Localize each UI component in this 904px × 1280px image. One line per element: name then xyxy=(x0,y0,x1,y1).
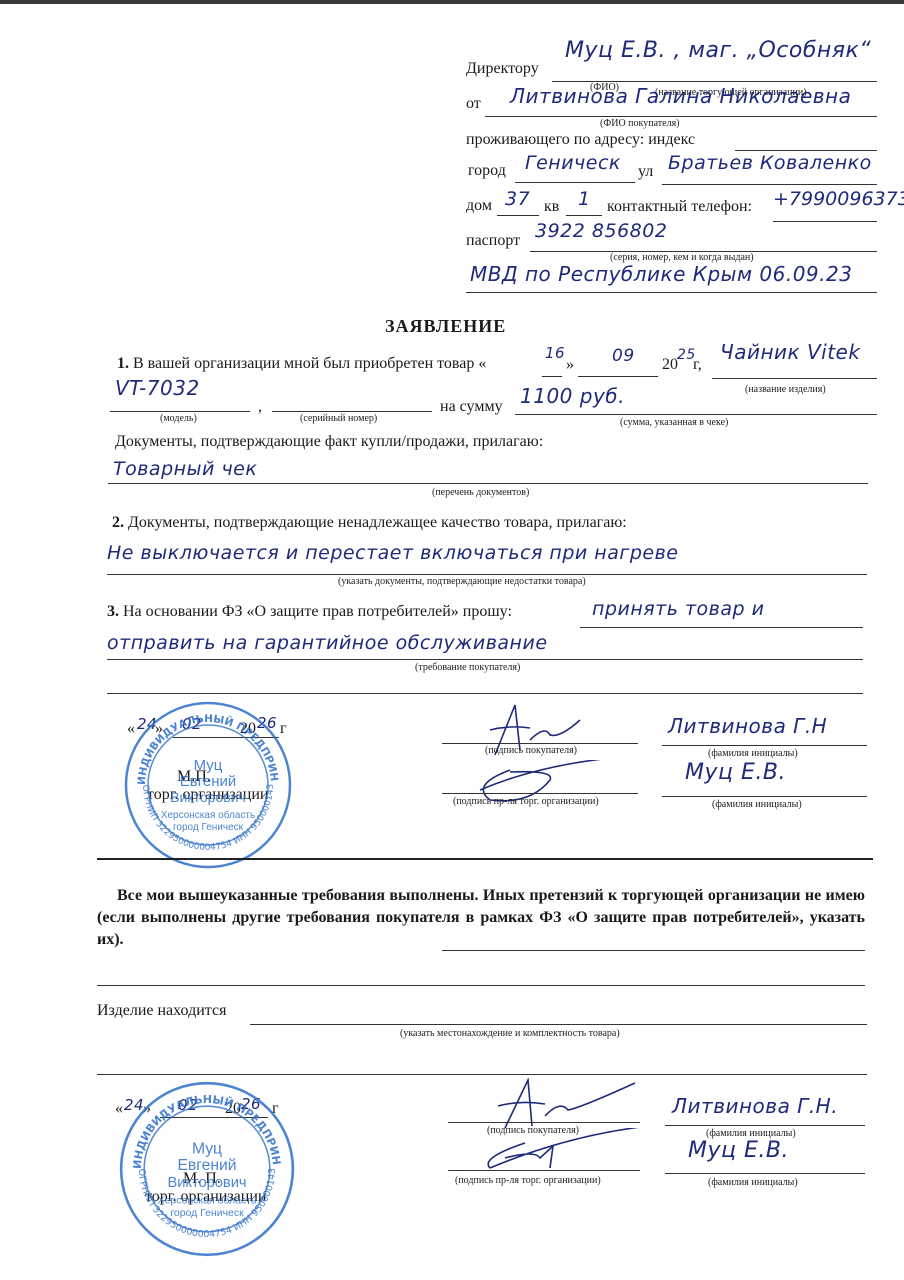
stamp-line5-2: город Геническ xyxy=(170,1208,244,1219)
completion-text: Все мои вышеуказанные требования выполне… xyxy=(97,885,865,951)
item3-number: 3. xyxy=(107,603,119,620)
docs-caption: (перечень документов) xyxy=(432,487,529,498)
seller-name-caption-1: (фамилия инициалы) xyxy=(712,799,802,810)
product-name: Чайник Vitek xyxy=(720,340,860,364)
stamp-line4-1: Херсонская область xyxy=(161,809,255,821)
passport-value: 3922 856802 xyxy=(535,220,667,242)
city-value: Геническ xyxy=(525,152,621,174)
city-label: город xyxy=(468,162,506,180)
product-caption: (название изделия) xyxy=(745,384,826,395)
docs-label: Документы, подтверждающие факт купли/про… xyxy=(115,433,543,451)
phone-value: +79900963735 xyxy=(773,188,904,210)
from-caption: (ФИО покупателя) xyxy=(600,118,680,129)
sum-value: 1100 руб. xyxy=(520,384,625,408)
location-caption: (указать местонахождение и комплектность… xyxy=(400,1028,620,1039)
stamp-line3-1: Викторович xyxy=(170,789,246,805)
stamp-line5-1: город Геническ xyxy=(173,822,244,833)
docs-value: Товарный чек xyxy=(113,458,257,480)
stamp-line1-1: Муц xyxy=(194,757,223,774)
seller-sig-caption-1: (подпись пр-ля торг. организации) xyxy=(453,796,599,807)
from-value: Литвинова Галина Николаевна xyxy=(510,84,851,108)
buyer-name-2: Литвинова Г.Н. xyxy=(672,1094,838,1118)
buyer-sig-caption-1: (подпись покупателя) xyxy=(485,745,577,756)
from-label: от xyxy=(466,95,481,113)
seller-name-caption-2: (фамилия инициалы) xyxy=(708,1177,798,1188)
item2-number: 2. xyxy=(112,514,124,531)
seller-name-2: Муц Е.В. xyxy=(688,1138,789,1163)
document-title: ЗАЯВЛЕНИЕ xyxy=(385,316,506,337)
stamp-line4-2: Херсонская область xyxy=(158,1195,257,1207)
comma: , xyxy=(258,398,262,416)
request-caption: (требование покупателя) xyxy=(415,662,520,673)
seller-sig-caption-2: (подпись пр-ля торг. организации) xyxy=(455,1175,601,1186)
director-label: Директору xyxy=(466,60,539,78)
phone-label: контактный телефон: xyxy=(607,198,752,216)
request-value-line2: отправить на гарантийное обслуживание xyxy=(107,632,548,654)
location-label: Изделие находится xyxy=(97,1002,226,1020)
sum-caption: (сумма, указанная в чеке) xyxy=(620,417,728,428)
serial-caption: (серийный номер) xyxy=(300,413,377,424)
quote-close: » xyxy=(566,356,574,374)
apt-value: 1 xyxy=(578,188,591,210)
address-label: проживающего по адресу: индекс xyxy=(466,131,695,149)
street-value: Братьев Коваленко xyxy=(668,152,872,174)
house-label: дом xyxy=(466,197,492,215)
passport-label: паспорт xyxy=(466,232,520,250)
buyer-name-1: Литвинова Г.Н xyxy=(668,714,827,738)
year-prefix: 20 xyxy=(662,356,678,374)
stamp-line3-2: Викторович xyxy=(167,1175,246,1191)
stamp-1: ИНДИВИДУАЛЬНЫЙ ПРЕДПРИНИМАТЕЛЬ ОГРНИП 32… xyxy=(123,700,293,870)
defect-value: Не выключается и перестает включаться пр… xyxy=(107,542,679,564)
year-end: г, xyxy=(693,356,702,374)
stamp-line1-2: Муц xyxy=(192,1140,222,1157)
sum-label: на сумму xyxy=(440,398,503,416)
item2-text: Документы, подтверждающие ненадлежащее к… xyxy=(128,514,627,531)
scan-edge xyxy=(0,0,904,4)
purchase-month: 09 xyxy=(612,346,635,366)
item3-text: На основании ФЗ «О защите прав потребите… xyxy=(123,603,512,620)
house-value: 37 xyxy=(505,188,530,210)
stamp-2: ИНДИВИДУАЛЬНЫЙ ПРЕДПРИНИМАТЕЛЬ ОГРНИП 32… xyxy=(118,1080,296,1258)
purchase-day: 16 xyxy=(545,344,565,362)
apt-label: кв xyxy=(544,198,559,216)
stamp-line2-2: Евгений xyxy=(177,1157,236,1174)
buyer-name-caption-1: (фамилия инициалы) xyxy=(708,748,798,759)
street-label: ул xyxy=(638,163,653,181)
model-caption: (модель) xyxy=(160,413,197,424)
defect-caption: (указать документы, подтверждающие недос… xyxy=(338,576,586,587)
item1-text: В вашей организации мной был приобретен … xyxy=(133,355,486,372)
seller-signature-2 xyxy=(465,1128,685,1173)
model-value: VT-7032 xyxy=(115,376,200,400)
seller-name-1: Муц Е.В. xyxy=(685,760,786,785)
item1-number: 1. xyxy=(117,355,129,372)
director-value: Муц Е.В. , маг. „Особняк“ xyxy=(565,38,871,63)
passport-issued-value: МВД по Республике Крым 06.09.23 xyxy=(470,262,852,286)
request-value-line1: принять товар и xyxy=(592,598,764,620)
stamp-line2-1: Евгений xyxy=(180,773,237,790)
